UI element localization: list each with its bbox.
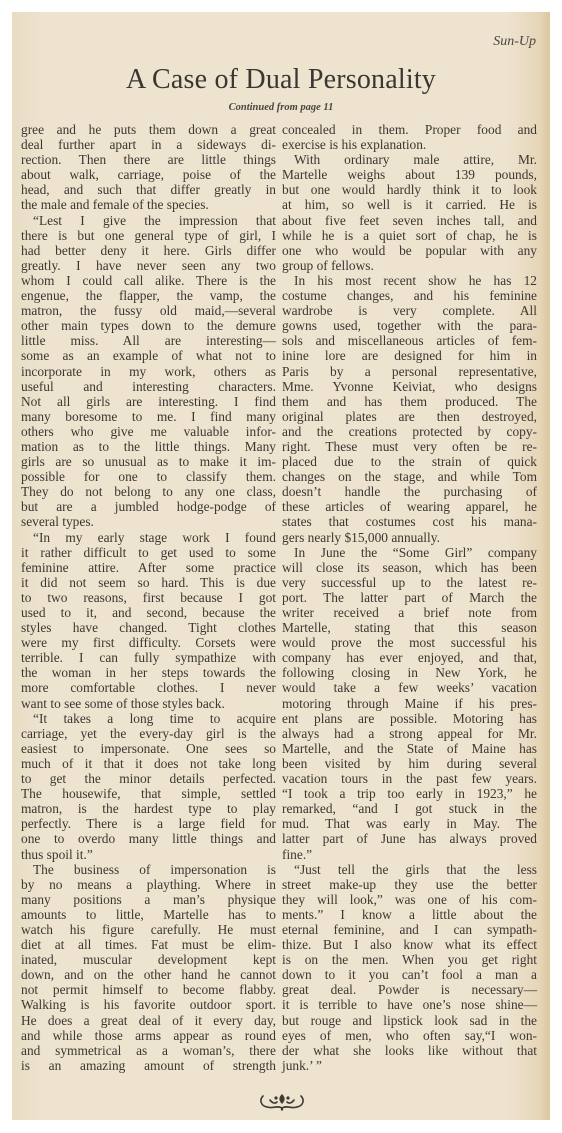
article-paragraph: “Lest I give the impression thatthere is… <box>21 213 276 530</box>
text-line: In June the “Some Girl” company <box>282 545 537 560</box>
text-line: Not all girls are interesting. I find <box>21 394 276 409</box>
text-line: “In my early stage work I found <box>21 530 276 545</box>
text-line: and symmetrical as a woman’s, there <box>21 1043 276 1058</box>
text-line: der what she looks like without that <box>282 1043 537 1058</box>
text-line: will close its season, which has been <box>282 560 537 575</box>
text-line: “It takes a long time to acquire <box>21 711 276 726</box>
text-line: gowns used, together with the para- <box>282 318 537 333</box>
text-line: gers nearly $15,000 annually. <box>282 530 537 545</box>
text-line: at him, so well is it carried. He is <box>282 197 537 212</box>
text-line: the male and female of the species. <box>21 197 276 212</box>
text-line: Paris by a personal representative, <box>282 364 537 379</box>
text-line: head, and such that differ greatly in <box>21 182 276 197</box>
text-line: group of fellows. <box>282 258 537 273</box>
text-line: states that costumes cost his mana- <box>282 514 537 529</box>
text-line: other main types down to the demure <box>21 318 276 333</box>
text-line: The housewife, that simple, settled <box>21 786 276 801</box>
text-line: incorporate in my work, others as <box>21 364 276 379</box>
text-line: feminine attire. After some practice <box>21 560 276 575</box>
text-line: down, and on the other hand he cannot <box>21 967 276 982</box>
text-line: want to see some of those styles back. <box>21 696 276 711</box>
text-line: amounts to little, Martelle has to <box>21 907 276 922</box>
text-line: girls are so unusual as to make it im- <box>21 454 276 469</box>
left-column: gree and he puts them down a greatdeal f… <box>21 122 276 1073</box>
text-line: “Just tell the girls that the less <box>282 862 537 877</box>
text-line: much of it that it does not take long <box>21 756 276 771</box>
text-line: Martelle weighs about 139 pounds, <box>282 167 537 182</box>
text-line: eyes of men, who often say,“I won- <box>282 1028 537 1043</box>
text-line: They do not belong to any one class, <box>21 484 276 499</box>
article-paragraph: “It takes a long time to acquirecarriage… <box>21 711 276 862</box>
text-line: Mme. Yvonne Keiviat, who designs <box>282 379 537 394</box>
text-line: “I took a trip too early in 1923,” he <box>282 786 537 801</box>
text-line: possible for one to classify them. <box>21 469 276 484</box>
text-line: company has ever enjoyed, and that, <box>282 650 537 665</box>
text-line: changes on the stage, and while Tom <box>282 469 537 484</box>
text-line: rection. Then there are little things <box>21 152 276 167</box>
text-line: mud. That was early in May. The <box>282 816 537 831</box>
text-line: but one would hardly think it to look <box>282 182 537 197</box>
right-column: concealed in them. Proper food andexerci… <box>282 122 537 1073</box>
text-line: street make-up they use the better <box>282 877 537 892</box>
text-line: junk.’ ” <box>282 1058 537 1073</box>
text-line: useful and interesting characters. <box>21 379 276 394</box>
text-line: In his most recent show he has 12 <box>282 273 537 288</box>
article-paragraph: gree and he puts them down a greatdeal f… <box>21 122 276 213</box>
text-line: watch his figure carefully. He must <box>21 922 276 937</box>
text-line: there is but one general type of girl, I <box>21 228 276 243</box>
text-line: greatly. I have never seen any two <box>21 258 276 273</box>
text-line: mation as to the little things. Many <box>21 439 276 454</box>
text-line: fine.” <box>282 847 537 862</box>
text-line: very successful up to the latest re- <box>282 575 537 590</box>
text-line: to two reasons, first because I got <box>21 590 276 605</box>
text-line: doesn’t handle the purchasing of <box>282 484 537 499</box>
text-line: inine lore are designed for him in <box>282 348 537 363</box>
text-line: to get the minor details perfected. <box>21 771 276 786</box>
article-paragraph: concealed in them. Proper food andexerci… <box>282 122 537 152</box>
text-line: Martelle, stating that this season <box>282 620 537 635</box>
text-line: not permit himself to become flabby. <box>21 982 276 997</box>
text-line: thus spoil it.” <box>21 847 276 862</box>
text-line: matron, is the hardest type to play <box>21 801 276 816</box>
text-line: exercise is his explanation. <box>282 137 537 152</box>
text-line: one to overdo many little things and <box>21 831 276 846</box>
text-line: would take a few weeks’ vacation <box>282 680 537 695</box>
article-paragraph: “In my early stage work I foundit rather… <box>21 530 276 711</box>
text-line: following closing in New York, he <box>282 665 537 680</box>
text-line: it is terrible to have one’s nose shine— <box>282 997 537 1012</box>
text-line: inated, muscular development kept <box>21 952 276 967</box>
text-line: several types. <box>21 514 276 529</box>
text-line: many boresome to me. I find many <box>21 409 276 424</box>
text-line: down to it you can’t fool a man a <box>282 967 537 982</box>
text-line: easiest to impersonate. One sees so <box>21 741 276 756</box>
text-line: and while those arms appear as round <box>21 1028 276 1043</box>
article-paragraph: The business of impersonation isby no me… <box>21 862 276 1073</box>
text-line: wardrobe is very complete. All <box>282 303 537 318</box>
text-line: ments.” I know a little about the <box>282 907 537 922</box>
text-line: remarked, “and I got stuck in the <box>282 801 537 816</box>
text-line: about walk, carriage, poise of the <box>21 167 276 182</box>
text-line: The business of impersonation is <box>21 862 276 877</box>
text-line: “Lest I give the impression that <box>21 213 276 228</box>
text-line: whom I could call alike. There is the <box>21 273 276 288</box>
text-line: these articles of wearing apparel, he <box>282 499 537 514</box>
text-line: more comfortable clothes. I never <box>21 680 276 695</box>
article-paragraph: In June the “Some Girl” companywill clos… <box>282 545 537 862</box>
text-line: concealed in them. Proper food and <box>282 122 537 137</box>
text-line: others who give me valuable infor- <box>21 424 276 439</box>
text-line: some as an example of what not to <box>21 348 276 363</box>
text-line: one who would be popular with any <box>282 243 537 258</box>
text-line: perfectly. There is a large field for <box>21 816 276 831</box>
text-line: Martelle, and the State of Maine has <box>282 741 537 756</box>
text-line: and the creations protected by copy- <box>282 424 537 439</box>
article-paragraph: “Just tell the girls that the lessstreet… <box>282 862 537 1073</box>
text-line: but are a jumbled hodge-podge of <box>21 499 276 514</box>
text-line: is an amazing amount of strength <box>21 1058 276 1073</box>
text-line: gree and he puts them down a great <box>21 122 276 137</box>
text-line: great deal. Powder is necessary— <box>282 982 537 997</box>
text-line: thize. But I also know what its effect <box>282 937 537 952</box>
text-line: vacation tours in the past few years. <box>282 771 537 786</box>
text-line: it did not seem so hard. This is due <box>21 575 276 590</box>
text-line: by no means a plaything. Where in <box>21 877 276 892</box>
text-line: original plates are then destroyed, <box>282 409 537 424</box>
text-line: right. These must very often be re- <box>282 439 537 454</box>
text-line: they will look,” was one of his com- <box>282 892 537 907</box>
text-line: port. The latter part of March the <box>282 590 537 605</box>
text-line: would prove the most successful his <box>282 635 537 650</box>
text-line: sols and miscellaneous articles of fem- <box>282 333 537 348</box>
text-line: always had a strong appeal for Mr. <box>282 726 537 741</box>
text-line: about five feet seven inches tall, and <box>282 213 537 228</box>
text-line: costume changes, and his feminine <box>282 288 537 303</box>
text-line: writer received a brief note from <box>282 605 537 620</box>
text-line: while he is a quiet sort of chap, he is <box>282 228 537 243</box>
text-line: is on the men. When you get right <box>282 952 537 967</box>
text-line: motoring through Maine if his pres- <box>282 696 537 711</box>
text-line: deal further apart in a sideways di- <box>21 137 276 152</box>
text-line: many positions a man’s physique <box>21 892 276 907</box>
text-line: but rouge and lipstick look sad in the <box>282 1013 537 1028</box>
text-line: Walking is his favorite outdoor sport. <box>21 997 276 1012</box>
running-head: Sun-Up <box>493 34 536 50</box>
text-line: little miss. All are interesting— <box>21 333 276 348</box>
text-line: latter part of June has always proved <box>282 831 537 846</box>
text-line: used to it, and second, because the <box>21 605 276 620</box>
article-paragraph: In his most recent show he has 12costume… <box>282 273 537 545</box>
text-line: placed due to the strain of quick <box>282 454 537 469</box>
text-line: matron, the fussy old maid,—several <box>21 303 276 318</box>
text-line: engenue, the flapper, the vamp, the <box>21 288 276 303</box>
text-line: He does a great deal of it every day, <box>21 1013 276 1028</box>
article-title: A Case of Dual Personality <box>12 64 550 96</box>
continued-note: Continued from page 11 <box>12 102 550 113</box>
text-line: styles have changed. Tight clothes <box>21 620 276 635</box>
text-line: them and has them produced. The <box>282 394 537 409</box>
text-line: the woman in her steps towards the <box>21 665 276 680</box>
text-line: carriage, yet the every-day girl is the <box>21 726 276 741</box>
text-line: were my first difficulty. Corsets were <box>21 635 276 650</box>
text-line: ent plans are possible. Motoring has <box>282 711 537 726</box>
text-line: been visited by him during several <box>282 756 537 771</box>
text-line: With ordinary male attire, Mr. <box>282 152 537 167</box>
text-line: eternal feminine, and I can sympath- <box>282 922 537 937</box>
text-line: terrible. I can fully sympathize with <box>21 650 276 665</box>
magazine-page: Sun-Up A Case of Dual Personality Contin… <box>12 12 550 1120</box>
article-paragraph: With ordinary male attire, Mr.Martelle w… <box>282 152 537 273</box>
text-line: had better deny it here. Girls differ <box>21 243 276 258</box>
text-line: diet at all times. Fat must be elim- <box>21 937 276 952</box>
floral-ornament-icon <box>257 1092 307 1112</box>
text-line: it rather difficult to get used to some <box>21 545 276 560</box>
